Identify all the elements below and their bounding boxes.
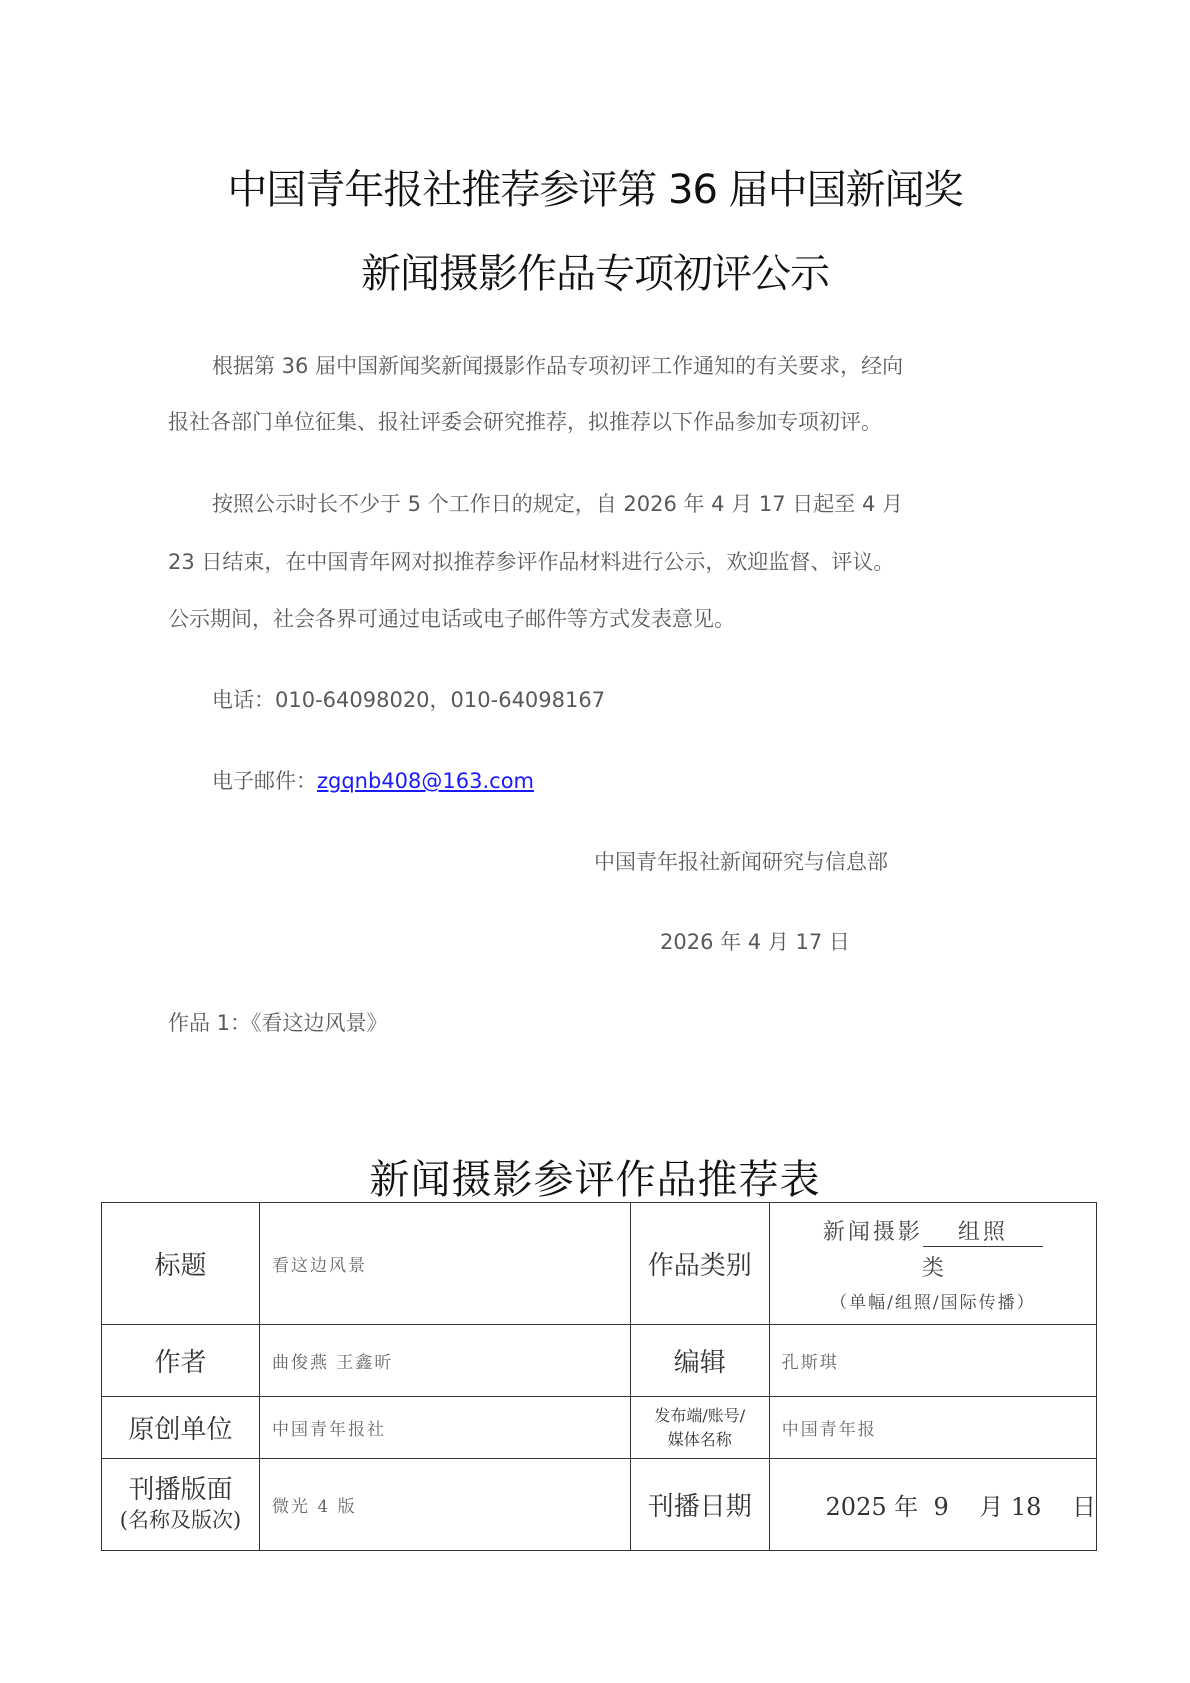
table-row: 标题 看这边风景 作品类别 新闻摄影组照 类 （单幅/组照/国际传播） [102, 1203, 1097, 1325]
title-label: 标题 [154, 1251, 206, 1281]
paragraph-1-line-2: 报社各部门单位征集、报社评委会研究推荐，拟推荐以下作品参加专项初评。 [168, 406, 882, 436]
paragraph-2-line-3: 公示期间，社会各界可通过电话或电子邮件等方式发表意见。 [168, 603, 735, 633]
page-label-line1: 刊播版面 [102, 1475, 259, 1505]
editor-label: 编辑 [674, 1348, 726, 1378]
table-row: 作者 曲俊燕 王鑫昕 编辑 孔斯琪 [102, 1325, 1097, 1397]
email-link[interactable]: zgqnb408@163.com [317, 769, 534, 793]
author-value: 曲俊燕 王鑫昕 [272, 1353, 393, 1373]
category-line: 新闻摄影组照 [770, 1215, 1096, 1247]
category-label-cell: 作品类别 [630, 1203, 769, 1325]
publisher-value: 中国青年报 [782, 1420, 877, 1440]
page-label-cell: 刊播版面 (名称及版次) [102, 1459, 260, 1551]
phone-line: 电话：010-64098020，010-64098167 [212, 684, 605, 714]
editor-label-cell: 编辑 [630, 1325, 769, 1397]
category-options: （单幅/组照/国际传播） [770, 1288, 1096, 1313]
author-label-cell: 作者 [102, 1325, 260, 1397]
publisher-label-line1: 发布端/账号/ [631, 1404, 769, 1428]
title-value: 看这边风景 [272, 1256, 367, 1276]
table-row: 刊播版面 (名称及版次) 微光 4 版 刊播日期 2025 年 9 月 18 日 [102, 1459, 1097, 1551]
email-line: 电子邮件：zgqnb408@163.com [212, 765, 534, 795]
work-label: 作品 1：《看这边风景》 [168, 1007, 388, 1037]
category-label: 作品类别 [648, 1251, 752, 1281]
phone-value: 010-64098020，010-64098167 [275, 688, 605, 712]
category-value: 组照 [923, 1215, 1043, 1247]
category-suffix: 类 [770, 1251, 1096, 1282]
page-value-cell: 微光 4 版 [259, 1459, 630, 1551]
publisher-value-cell: 中国青年报 [769, 1397, 1096, 1459]
author-label: 作者 [154, 1348, 206, 1378]
paragraph-2-line-2: 23 日结束，在中国青年网对拟推荐参评作品材料进行公示，欢迎监督、评议。 [168, 546, 894, 576]
publisher-label-line2: 媒体名称 [631, 1428, 769, 1452]
email-label: 电子邮件： [212, 769, 317, 793]
unit-label-cell: 原创单位 [102, 1397, 260, 1459]
date-value: 2025 年 9 月 18 日 [826, 1493, 1096, 1521]
page-title-line2: 新闻摄影作品专项初评公示 [0, 242, 1190, 299]
table-row: 原创单位 中国青年报社 发布端/账号/ 媒体名称 中国青年报 [102, 1397, 1097, 1459]
title-label-cell: 标题 [102, 1203, 260, 1325]
signature-org: 中国青年报社新闻研究与信息部 [594, 846, 888, 876]
author-value-cell: 曲俊燕 王鑫昕 [259, 1325, 630, 1397]
page-label-line2: (名称及版次) [102, 1505, 259, 1535]
signature-date: 2026 年 4 月 17 日 [660, 926, 850, 956]
form-title: 新闻摄影参评作品推荐表 [0, 1148, 1190, 1205]
category-prefix: 新闻摄影 [823, 1220, 923, 1245]
unit-value-cell: 中国青年报社 [259, 1397, 630, 1459]
date-label: 刊播日期 [648, 1492, 752, 1522]
recommendation-form-table: 标题 看这边风景 作品类别 新闻摄影组照 类 （单幅/组照/国际传播） 作者 曲… [101, 1202, 1097, 1551]
editor-value: 孔斯琪 [782, 1353, 839, 1373]
category-value-cell: 新闻摄影组照 类 （单幅/组照/国际传播） [769, 1203, 1096, 1325]
date-label-cell: 刊播日期 [630, 1459, 769, 1551]
phone-label: 电话： [212, 688, 275, 712]
unit-label: 原创单位 [128, 1415, 232, 1445]
title-value-cell: 看这边风景 [259, 1203, 630, 1325]
paragraph-1-line-1: 根据第 36 届中国新闻奖新闻摄影作品专项初评工作通知的有关要求，经向 [212, 350, 903, 380]
paragraph-2-line-1: 按照公示时长不少于 5 个工作日的规定，自 2026 年 4 月 17 日起至 … [212, 488, 903, 518]
publisher-label-cell: 发布端/账号/ 媒体名称 [630, 1397, 769, 1459]
date-value-cell: 2025 年 9 月 18 日 [769, 1459, 1096, 1551]
page-title-line1: 中国青年报社推荐参评第 36 届中国新闻奖 [0, 158, 1190, 215]
page-value: 微光 4 版 [272, 1497, 357, 1517]
unit-value: 中国青年报社 [272, 1420, 386, 1440]
editor-value-cell: 孔斯琪 [769, 1325, 1096, 1397]
